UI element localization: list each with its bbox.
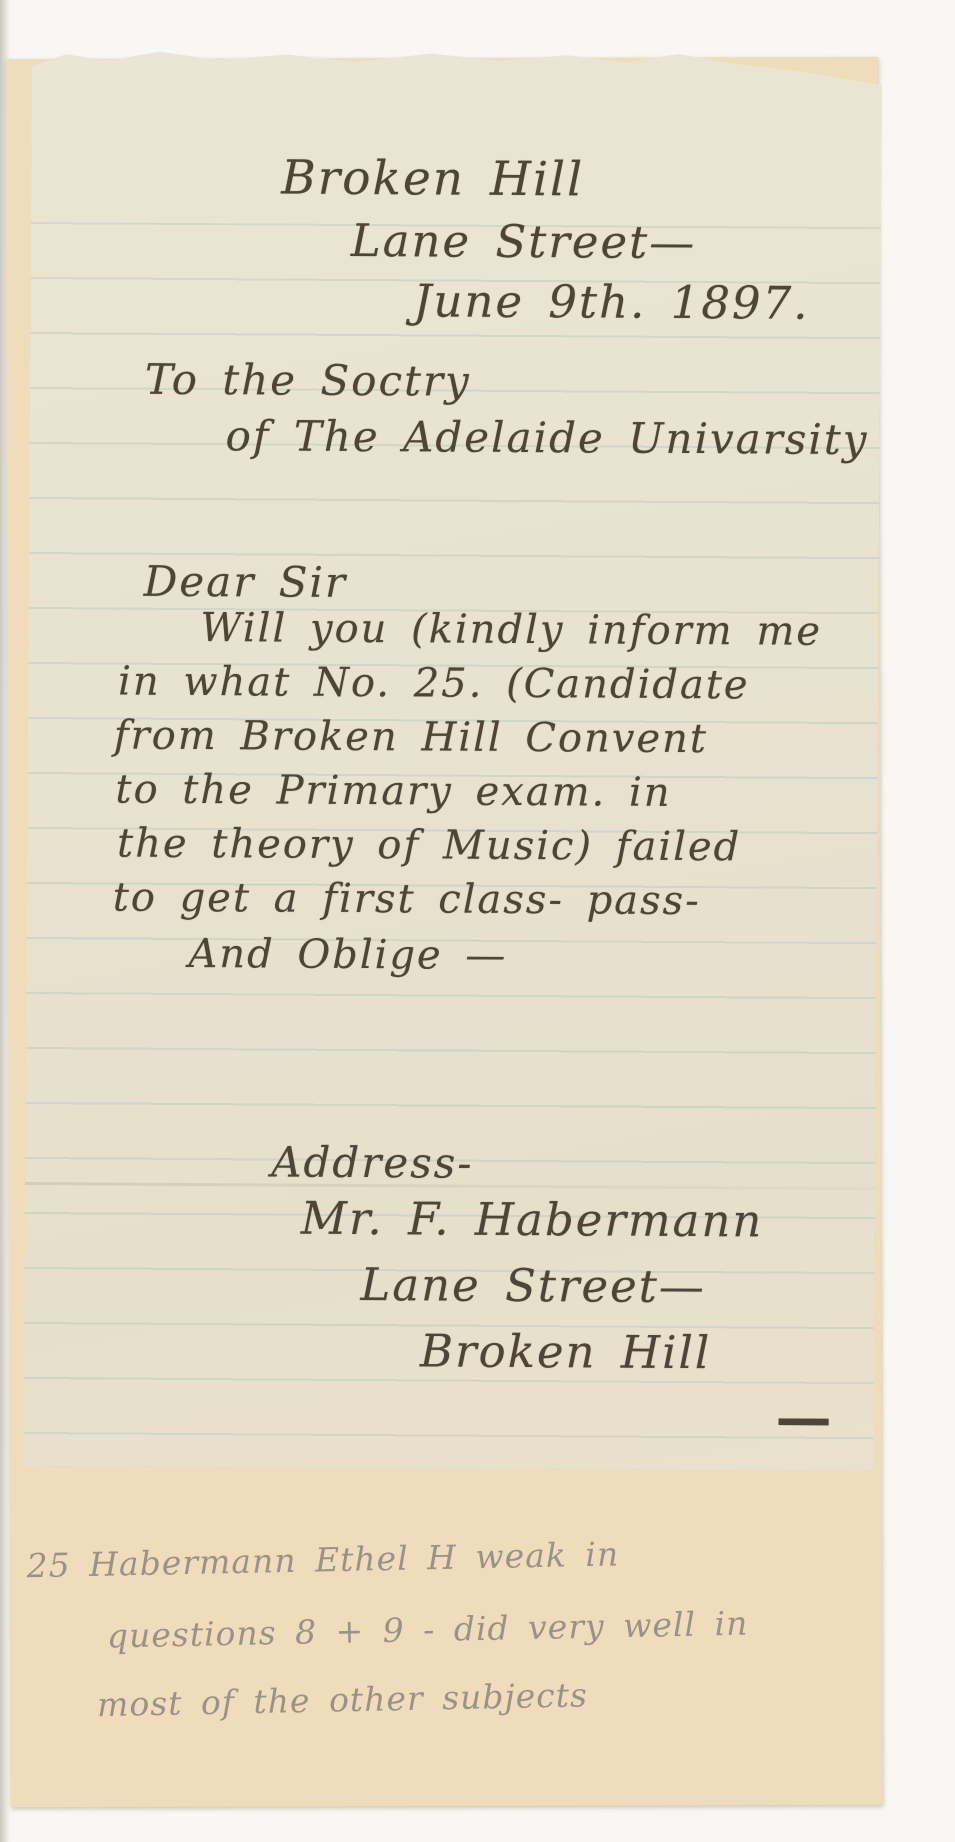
body-line: to the Primary exam. in	[115, 767, 671, 816]
address-street-line: Lane Street—	[360, 1258, 706, 1313]
recipient-line: To the Soctry	[145, 355, 471, 406]
address-label: Address-	[271, 1137, 474, 1187]
body-line: the theory of Music) failed	[117, 821, 741, 871]
signature-dash: —	[775, 1385, 833, 1451]
annotation-line: 25 Habermann Ethel H weak in	[26, 1534, 619, 1585]
body-line: in what No. 25. (Candidate	[118, 659, 750, 709]
salutation: Dear Sir	[144, 557, 348, 607]
annotation-line: questions 8 + 9 - did very well in	[106, 1604, 748, 1656]
annotation-line: most of the other subjects	[97, 1675, 589, 1724]
letter-page: Broken Hill Lane Street— June 9th. 1897.…	[23, 44, 882, 1471]
heading-place-line: Broken Hill	[281, 151, 584, 208]
body-line: to get a first class- pass-	[113, 875, 701, 925]
body-line: from Broken Hill Convent	[114, 713, 708, 763]
address-name-line: Mr. F. Habermann	[301, 1192, 764, 1248]
heading-date-line: June 9th. 1897.	[413, 274, 809, 329]
heading-street-line: Lane Street—	[351, 214, 697, 269]
closing-line: And Oblige —	[188, 931, 507, 979]
address-town-line: Broken Hill	[420, 1324, 712, 1379]
scanned-letter-background: 25 Habermann Ethel H weak in questions 8…	[0, 0, 955, 1842]
body-line: Will you (kindly inform me	[200, 605, 822, 655]
recipient-line: of The Adelaide Univarsity	[225, 411, 868, 464]
